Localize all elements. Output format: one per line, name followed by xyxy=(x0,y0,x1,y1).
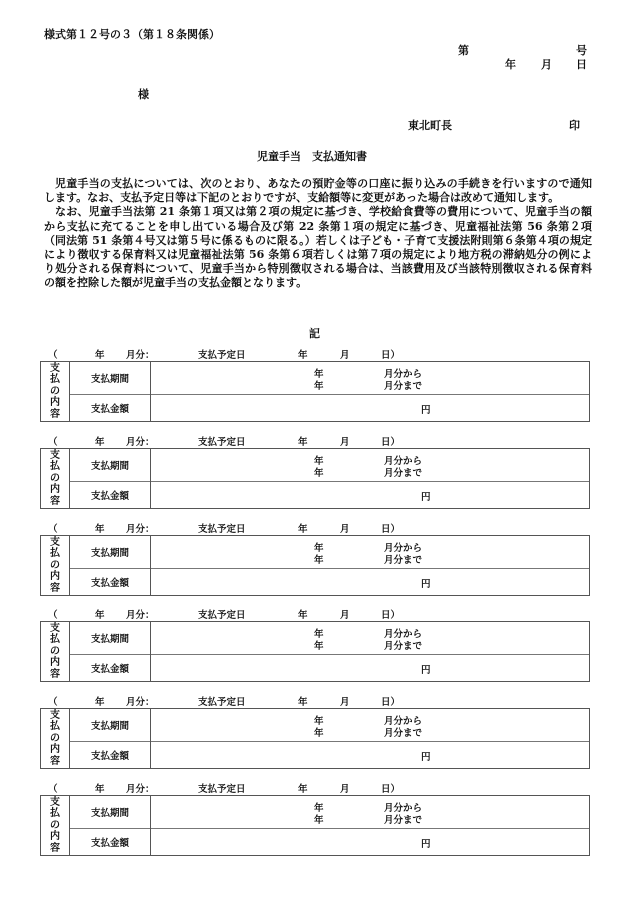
payment-block-header: （ 年 月分： 支払予定日 年 月 日） xyxy=(40,781,590,795)
body-paragraph-2: なお、児童手当法第 21 条第１項又は第２項の規定に基づき、学校給食費等の費用に… xyxy=(44,205,592,290)
payment-table: 支 払 の 内 容 支払期間 年 月分から 年 月分まで 支払金額 円 xyxy=(40,708,590,769)
amount-unit: 円 xyxy=(421,662,431,676)
payment-table: 支 払 の 内 容 支払期間 年 月分から 年 月分まで 支払金額 円 xyxy=(40,448,590,509)
payment-period-label: 支払期間 xyxy=(70,709,151,741)
payment-block: （ 年 月分： 支払予定日 年 月 日） 支 払 の 内 容 支払期間 年 月分… xyxy=(40,521,590,601)
amount-unit: 円 xyxy=(421,402,431,416)
open-paren: （ xyxy=(48,521,58,535)
payment-amount-row: 支払金額 円 xyxy=(70,828,589,855)
payment-amount-row: 支払金額 円 xyxy=(70,394,589,421)
payment-block: （ 年 月分： 支払予定日 年 月 日） 支 払 の 内 容 支払期間 年 月分… xyxy=(40,434,590,514)
target-year: 年 xyxy=(95,434,105,448)
body-paragraph-1: 児童手当の支払については、次のとおり、あなたの預貯金等の口座に振り込みの手続きを… xyxy=(44,177,592,205)
payment-content-label: 支 払 の 内 容 xyxy=(41,449,70,508)
side-label-char: 内 xyxy=(41,831,69,842)
payment-content-label: 支 払 の 内 容 xyxy=(41,709,70,768)
scheduled-month: 月 xyxy=(340,521,350,535)
payment-amount-row: 支払金額 円 xyxy=(70,654,589,681)
payment-block-header: （ 年 月分： 支払予定日 年 月 日） xyxy=(40,694,590,708)
side-label-char: 払 xyxy=(41,634,69,645)
target-month-portion: 月分： xyxy=(126,781,155,795)
side-label-char: の xyxy=(41,820,69,831)
side-label-char: の xyxy=(41,386,69,397)
payment-amount-label: 支払金額 xyxy=(70,741,151,768)
scheduled-year: 年 xyxy=(298,347,308,361)
form-id: 様式第１２号の３（第１８条関係） xyxy=(44,26,220,42)
document-title: 児童手当 支払通知書 xyxy=(257,148,367,164)
side-label-char: 払 xyxy=(41,548,69,559)
period-to-year: 年 xyxy=(314,812,324,826)
target-month-portion: 月分： xyxy=(126,694,155,708)
period-to-suffix: 月分まで xyxy=(384,725,422,739)
scheduled-month: 月 xyxy=(340,607,350,621)
date-month: 月 xyxy=(541,56,552,72)
scheduled-day: 日） xyxy=(381,434,400,448)
side-label-char: 容 xyxy=(41,843,69,854)
side-label-char: 内 xyxy=(41,744,69,755)
period-to-year: 年 xyxy=(314,638,324,652)
side-label-char: 払 xyxy=(41,374,69,385)
side-label-char: 内 xyxy=(41,484,69,495)
open-paren: （ xyxy=(48,694,58,708)
payment-table: 支 払 の 内 容 支払期間 年 月分から 年 月分まで 支払金額 円 xyxy=(40,535,590,596)
period-to-suffix: 月分まで xyxy=(384,378,422,392)
target-year: 年 xyxy=(95,781,105,795)
scheduled-year: 年 xyxy=(298,694,308,708)
payment-period-row: 支払期間 年 月分から 年 月分まで xyxy=(70,362,589,395)
payment-period-label: 支払期間 xyxy=(70,362,151,394)
scheduled-month: 月 xyxy=(340,781,350,795)
period-to-suffix: 月分まで xyxy=(384,638,422,652)
payment-amount-row: 支払金額 円 xyxy=(70,741,589,768)
side-label-char: 容 xyxy=(41,409,69,420)
scheduled-date-label: 支払予定日 xyxy=(198,347,246,361)
target-month-portion: 月分： xyxy=(126,607,155,621)
target-month-portion: 月分： xyxy=(126,521,155,535)
payment-amount-label: 支払金額 xyxy=(70,394,151,421)
side-label-char: 容 xyxy=(41,583,69,594)
payment-period-row: 支払期間 年 月分から 年 月分まで xyxy=(70,536,589,569)
scheduled-day: 日） xyxy=(381,347,400,361)
period-to-suffix: 月分まで xyxy=(384,812,422,826)
payment-block-header: （ 年 月分： 支払予定日 年 月 日） xyxy=(40,607,590,621)
payment-content-label: 支 払 の 内 容 xyxy=(41,796,70,855)
payment-table: 支 払 の 内 容 支払期間 年 月分から 年 月分まで 支払金額 円 xyxy=(40,621,590,682)
payment-block-header: （ 年 月分： 支払予定日 年 月 日） xyxy=(40,347,590,361)
payment-block: （ 年 月分： 支払予定日 年 月 日） 支 払 の 内 容 支払期間 年 月分… xyxy=(40,781,590,861)
side-label-char: 払 xyxy=(41,808,69,819)
scheduled-date-label: 支払予定日 xyxy=(198,694,246,708)
open-paren: （ xyxy=(48,434,58,448)
payment-period-row: 支払期間 年 月分から 年 月分まで xyxy=(70,796,589,829)
period-to-suffix: 月分まで xyxy=(384,552,422,566)
payment-period-row: 支払期間 年 月分から 年 月分まで xyxy=(70,449,589,482)
period-to-year: 年 xyxy=(314,552,324,566)
target-year: 年 xyxy=(95,694,105,708)
payment-amount-row: 支払金額 円 xyxy=(70,568,589,595)
scheduled-day: 日） xyxy=(381,781,400,795)
payment-content-label: 支 払 の 内 容 xyxy=(41,362,70,421)
payment-amount-label: 支払金額 xyxy=(70,568,151,595)
amount-unit: 円 xyxy=(421,489,431,503)
payment-block: （ 年 月分： 支払予定日 年 月 日） 支 払 の 内 容 支払期間 年 月分… xyxy=(40,694,590,774)
target-year: 年 xyxy=(95,607,105,621)
scheduled-date-label: 支払予定日 xyxy=(198,434,246,448)
payment-amount-label: 支払金額 xyxy=(70,481,151,508)
scheduled-year: 年 xyxy=(298,781,308,795)
target-month-portion: 月分： xyxy=(126,347,155,361)
period-to-year: 年 xyxy=(314,465,324,479)
side-label-char: 払 xyxy=(41,461,69,472)
payment-period-label: 支払期間 xyxy=(70,622,151,654)
payment-block-header: （ 年 月分： 支払予定日 年 月 日） xyxy=(40,521,590,535)
doc-number-prefix: 第 xyxy=(458,42,469,58)
payment-block-header: （ 年 月分： 支払予定日 年 月 日） xyxy=(40,434,590,448)
open-paren: （ xyxy=(48,781,58,795)
period-to-year: 年 xyxy=(314,725,324,739)
target-year: 年 xyxy=(95,347,105,361)
side-label-char: 内 xyxy=(41,571,69,582)
side-label-char: 容 xyxy=(41,756,69,767)
side-label-char: の xyxy=(41,646,69,657)
payment-period-row: 支払期間 年 月分から 年 月分まで xyxy=(70,622,589,655)
side-label-char: の xyxy=(41,560,69,571)
side-label-char: 支 xyxy=(41,797,69,808)
target-month-portion: 月分： xyxy=(126,434,155,448)
scheduled-date-label: 支払予定日 xyxy=(198,607,246,621)
side-label-char: 支 xyxy=(41,623,69,634)
payment-block: （ 年 月分： 支払予定日 年 月 日） 支 払 の 内 容 支払期間 年 月分… xyxy=(40,607,590,687)
date-day: 日 xyxy=(576,56,587,72)
side-label-char: 支 xyxy=(41,710,69,721)
scheduled-day: 日） xyxy=(381,694,400,708)
payment-period-row: 支払期間 年 月分から 年 月分まで xyxy=(70,709,589,742)
period-to-suffix: 月分まで xyxy=(384,465,422,479)
payment-period-label: 支払期間 xyxy=(70,796,151,828)
scheduled-month: 月 xyxy=(340,694,350,708)
body-text: 児童手当の支払については、次のとおり、あなたの預貯金等の口座に振り込みの手続きを… xyxy=(44,177,592,291)
side-label-char: 払 xyxy=(41,721,69,732)
side-label-char: 支 xyxy=(41,363,69,374)
payment-block: （ 年 月分： 支払予定日 年 月 日） 支 払 の 内 容 支払期間 年 月分… xyxy=(40,347,590,427)
payment-content-label: 支 払 の 内 容 xyxy=(41,622,70,681)
side-label-char: の xyxy=(41,733,69,744)
amount-unit: 円 xyxy=(421,576,431,590)
open-paren: （ xyxy=(48,607,58,621)
seal-mark: 印 xyxy=(569,117,580,133)
payment-table: 支 払 の 内 容 支払期間 年 月分から 年 月分まで 支払金額 円 xyxy=(40,361,590,422)
scheduled-year: 年 xyxy=(298,521,308,535)
ki-heading: 記 xyxy=(309,325,320,341)
payment-content-label: 支 払 の 内 容 xyxy=(41,536,70,595)
side-label-char: 内 xyxy=(41,397,69,408)
scheduled-month: 月 xyxy=(340,434,350,448)
recipient-suffix: 様 xyxy=(138,86,149,102)
payment-amount-row: 支払金額 円 xyxy=(70,481,589,508)
scheduled-month: 月 xyxy=(340,347,350,361)
date-year: 年 xyxy=(505,56,516,72)
side-label-char: 支 xyxy=(41,450,69,461)
scheduled-day: 日） xyxy=(381,521,400,535)
side-label-char: 支 xyxy=(41,537,69,548)
side-label-char: 内 xyxy=(41,657,69,668)
amount-unit: 円 xyxy=(421,836,431,850)
payment-period-label: 支払期間 xyxy=(70,536,151,568)
scheduled-date-label: 支払予定日 xyxy=(198,781,246,795)
amount-unit: 円 xyxy=(421,749,431,763)
payment-table: 支 払 の 内 容 支払期間 年 月分から 年 月分まで 支払金額 円 xyxy=(40,795,590,856)
side-label-char: 容 xyxy=(41,669,69,680)
side-label-char: の xyxy=(41,473,69,484)
period-to-year: 年 xyxy=(314,378,324,392)
payment-amount-label: 支払金額 xyxy=(70,828,151,855)
scheduled-year: 年 xyxy=(298,434,308,448)
open-paren: （ xyxy=(48,347,58,361)
scheduled-date-label: 支払予定日 xyxy=(198,521,246,535)
scheduled-day: 日） xyxy=(381,607,400,621)
target-year: 年 xyxy=(95,521,105,535)
scheduled-year: 年 xyxy=(298,607,308,621)
issuer-name: 東北町長 xyxy=(408,117,452,133)
side-label-char: 容 xyxy=(41,496,69,507)
payment-period-label: 支払期間 xyxy=(70,449,151,481)
payment-amount-label: 支払金額 xyxy=(70,654,151,681)
